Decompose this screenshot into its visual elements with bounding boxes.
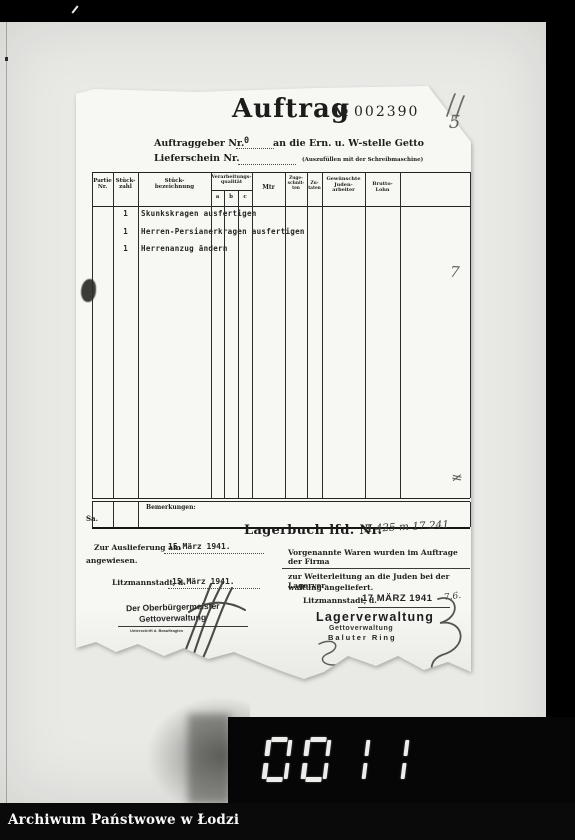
table-vline	[252, 172, 253, 498]
table-sumline-2	[92, 501, 470, 502]
row-desc: Herrenanzug ändern	[141, 244, 228, 253]
auslieferung-date: 15.März 1941.	[168, 542, 231, 551]
film-speck	[71, 5, 78, 13]
film-scratch-line	[6, 22, 7, 803]
table-vline	[211, 172, 212, 498]
counter-shadow-inner	[188, 714, 230, 804]
col-qualitaet: Verarbeitungs- qualität	[211, 175, 252, 186]
col-qual-a: a	[211, 194, 224, 200]
table-vline	[365, 172, 366, 498]
table-vline	[307, 172, 308, 498]
scanned-document: Auftrag № 002390 Auftraggeber Nr. 0 an d…	[76, 86, 471, 680]
lieferschein-label: Lieferschein Nr.	[154, 153, 240, 164]
signature-scrawl-left	[131, 578, 276, 678]
document-number: 002390	[354, 104, 419, 120]
lagerbuch-handwriting: II 425 m 17.241	[364, 519, 450, 535]
document-paper: Auftrag № 002390 Auftraggeber Nr. 0 an d…	[76, 86, 471, 680]
row-qty: 1	[113, 227, 138, 236]
table-vline	[138, 502, 139, 527]
date-rule	[164, 553, 264, 554]
counter-digits	[264, 737, 420, 782]
counter-digit	[261, 737, 293, 782]
table-sumline-1	[92, 498, 470, 499]
vorgenannte-line: Vorgenannte Waren wurden im Auftrage der…	[288, 548, 471, 566]
firma-rule	[282, 568, 470, 569]
film-counter-display	[228, 717, 575, 803]
sum-label: Sa.	[86, 514, 98, 523]
col-bezeichnung: Stück- bezeichnung	[138, 178, 211, 190]
row-desc: Skunkskragen ausfertigen	[141, 209, 257, 218]
angeliefert-line: waltung angeliefert.	[288, 583, 373, 592]
film-dust-dot	[5, 57, 8, 61]
auftraggeber-value: 0	[244, 136, 249, 146]
col-qual-c: c	[238, 194, 252, 200]
signature-paraph-right	[416, 591, 474, 679]
table-vline	[113, 502, 114, 527]
col-bruttolohn: Brutto- Lohn	[365, 182, 400, 193]
row-qty: 1	[113, 244, 138, 253]
table-vline	[92, 172, 93, 498]
col-stueckzahl: Stück- zahl	[113, 178, 138, 190]
auftraggeber-label: Auftraggeber Nr.	[154, 138, 244, 149]
table-vline	[400, 172, 401, 498]
table-top-line	[92, 172, 470, 173]
pencil-mark-5: 5	[449, 112, 461, 133]
archive-caption: Archiwum Państwowe w Łodzi	[8, 812, 239, 828]
col-qual-b: b	[224, 194, 238, 200]
lieferschein-rule	[238, 164, 296, 165]
auftraggeber-suffix: an die Ern. u. W-stelle Getto	[273, 138, 424, 149]
angewiesen-line: angewiesen.	[86, 556, 137, 565]
row-qty: 1	[113, 209, 138, 218]
col-partie: Partie Nr.	[92, 178, 113, 190]
col-judenarbeiter: Gewünschte Juden- arbeiter	[322, 177, 365, 194]
remarks-label: Bemerkungen:	[146, 504, 196, 511]
table-vline	[138, 172, 139, 498]
qual-subdivider	[211, 190, 252, 191]
col-zutaten: Zu- taten	[307, 182, 322, 192]
auftraggeber-rule	[236, 148, 274, 149]
microfilm-viewer-frame: { "colors":{"background":"#000000","phot…	[0, 0, 575, 840]
pencil-mark-7: 7	[449, 263, 460, 282]
counter-digit	[339, 737, 371, 782]
typewriter-note: (Auszufüllen mit der Schreibmaschine)	[302, 157, 423, 163]
counter-digit	[378, 737, 410, 782]
lagerbuch-label: Lagerbuch lfd. Nr.	[244, 523, 382, 538]
col-zugeschnitten: Zuge- schnit- ten	[285, 177, 307, 191]
stamp-gettoverwaltung-right: Gettoverwaltung	[329, 625, 393, 632]
table-headerline	[92, 206, 470, 207]
table-vline	[322, 172, 323, 498]
document-number-sign: №	[333, 104, 348, 120]
signature-loop-below-stamp	[311, 634, 359, 676]
table-vline	[224, 190, 225, 498]
col-mtr: Mtr	[252, 185, 285, 192]
table-vline	[113, 172, 114, 498]
table-vline	[238, 190, 239, 498]
counter-digit	[300, 737, 332, 782]
row-desc: Herren-Persianerkragen ausfertigen	[141, 227, 305, 236]
table-vline	[470, 172, 471, 498]
table-vline	[285, 172, 286, 498]
table-vline	[470, 502, 471, 527]
archive-footer-band: Archiwum Państwowe w Łodzi	[0, 803, 575, 840]
